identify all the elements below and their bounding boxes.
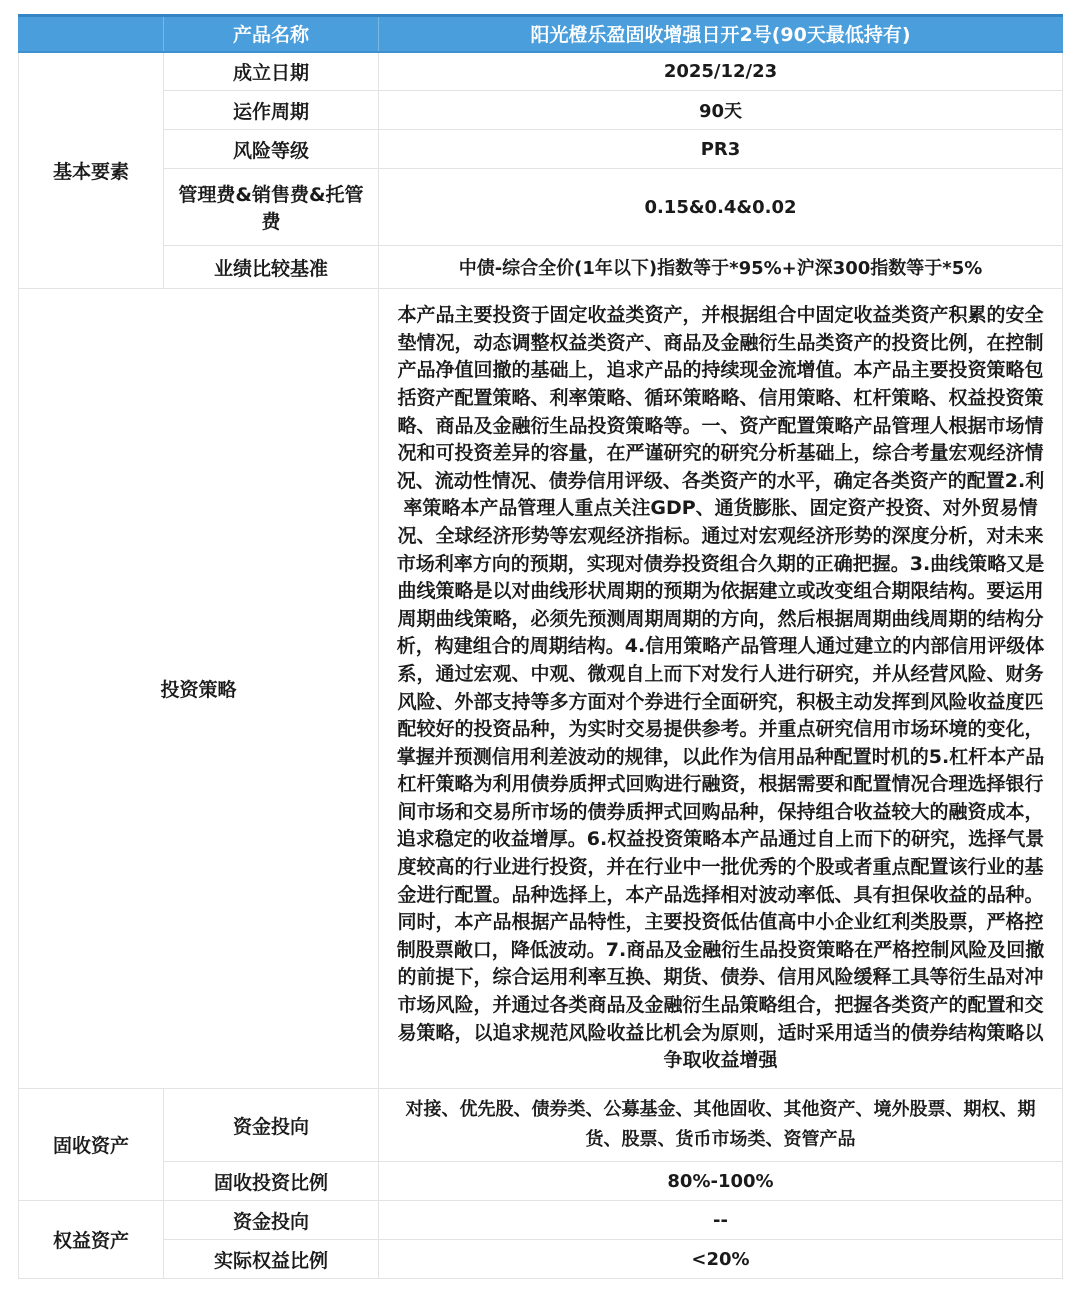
group-label-basic-elements: 基本要素 bbox=[19, 52, 164, 289]
label-equity-direction: 资金投向 bbox=[164, 1201, 379, 1240]
row-fixed-income-direction: 固收资产 资金投向 对接、优先股、债券类、公募基金、其他固收、其他资产、境外股票… bbox=[19, 1089, 1063, 1162]
row-risk-level: 风险等级 PR3 bbox=[19, 130, 1063, 169]
header-empty-cell bbox=[19, 16, 164, 52]
value-actual-equity-ratio: <20% bbox=[379, 1240, 1063, 1279]
value-fixed-income-direction: 对接、优先股、债券类、公募基金、其他固收、其他资产、境外股票、期权、期货、股票、… bbox=[379, 1089, 1063, 1162]
value-benchmark: 中债-综合全价(1年以下)指数等于*95%+沪深300指数等于*5% bbox=[379, 246, 1063, 289]
group-label-equity: 权益资产 bbox=[19, 1201, 164, 1279]
row-operation-cycle: 运作周期 90天 bbox=[19, 91, 1063, 130]
row-benchmark: 业绩比较基准 中债-综合全价(1年以下)指数等于*95%+沪深300指数等于*5… bbox=[19, 246, 1063, 289]
table-header-row: 产品名称 阳光橙乐盈固收增强日开2号(90天最低持有) bbox=[19, 16, 1063, 52]
product-name-value: 阳光橙乐盈固收增强日开2号(90天最低持有) bbox=[379, 16, 1063, 52]
row-equity-direction: 权益资产 资金投向 -- bbox=[19, 1201, 1063, 1240]
label-actual-equity-ratio: 实际权益比例 bbox=[164, 1240, 379, 1279]
label-fixed-income-direction: 资金投向 bbox=[164, 1089, 379, 1162]
product-info-page: 产品名称 阳光橙乐盈固收增强日开2号(90天最低持有) 基本要素 成立日期 20… bbox=[0, 0, 1080, 1294]
row-fees: 管理费&销售费&托管费 0.15&0.4&0.02 bbox=[19, 169, 1063, 246]
row-fixed-income-ratio: 固收投资比例 80%-100% bbox=[19, 1162, 1063, 1201]
label-investment-strategy: 投资策略 bbox=[19, 289, 379, 1089]
group-label-fixed-income: 固收资产 bbox=[19, 1089, 164, 1201]
product-name-label: 产品名称 bbox=[164, 16, 379, 52]
value-risk-level: PR3 bbox=[379, 130, 1063, 169]
value-fixed-income-ratio: 80%-100% bbox=[379, 1162, 1063, 1201]
label-establish-date: 成立日期 bbox=[164, 52, 379, 91]
value-equity-direction: -- bbox=[379, 1201, 1063, 1240]
label-operation-cycle: 运作周期 bbox=[164, 91, 379, 130]
value-fees: 0.15&0.4&0.02 bbox=[379, 169, 1063, 246]
row-actual-equity-ratio: 实际权益比例 <20% bbox=[19, 1240, 1063, 1279]
row-establish-date: 基本要素 成立日期 2025/12/23 bbox=[19, 52, 1063, 91]
label-fees: 管理费&销售费&托管费 bbox=[164, 169, 379, 246]
value-investment-strategy: 本产品主要投资于固定收益类资产，并根据组合中固定收益类资产积累的安全垫情况，动态… bbox=[379, 289, 1063, 1089]
label-fixed-income-ratio: 固收投资比例 bbox=[164, 1162, 379, 1201]
row-investment-strategy: 投资策略 本产品主要投资于固定收益类资产，并根据组合中固定收益类资产积累的安全垫… bbox=[19, 289, 1063, 1089]
label-risk-level: 风险等级 bbox=[164, 130, 379, 169]
value-establish-date: 2025/12/23 bbox=[379, 52, 1063, 91]
label-benchmark: 业绩比较基准 bbox=[164, 246, 379, 289]
product-info-table: 产品名称 阳光橙乐盈固收增强日开2号(90天最低持有) 基本要素 成立日期 20… bbox=[18, 14, 1063, 1279]
value-operation-cycle: 90天 bbox=[379, 91, 1063, 130]
